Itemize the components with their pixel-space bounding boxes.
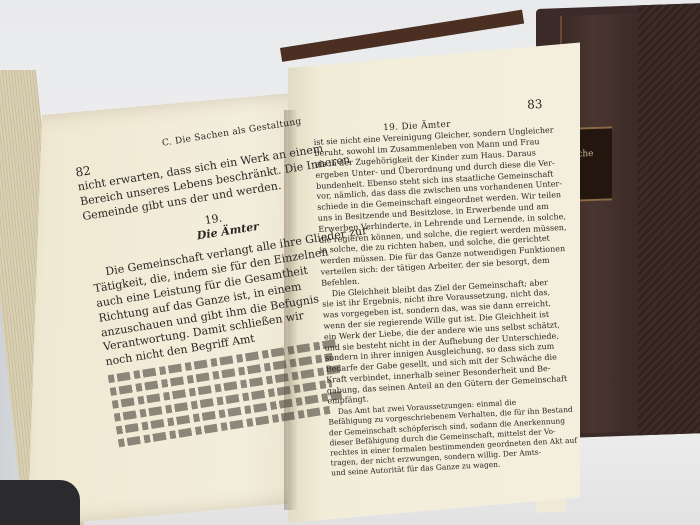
foreground-dark-object <box>0 480 80 525</box>
right-page-text: 83 19. Die Ämter ist sie nicht eine Vere… <box>312 95 579 479</box>
page-number: 83 <box>527 97 543 112</box>
photo-scene: ...liche C. Die Sachen als Gestaltung 82… <box>0 0 700 525</box>
background-book-cover <box>638 3 700 435</box>
